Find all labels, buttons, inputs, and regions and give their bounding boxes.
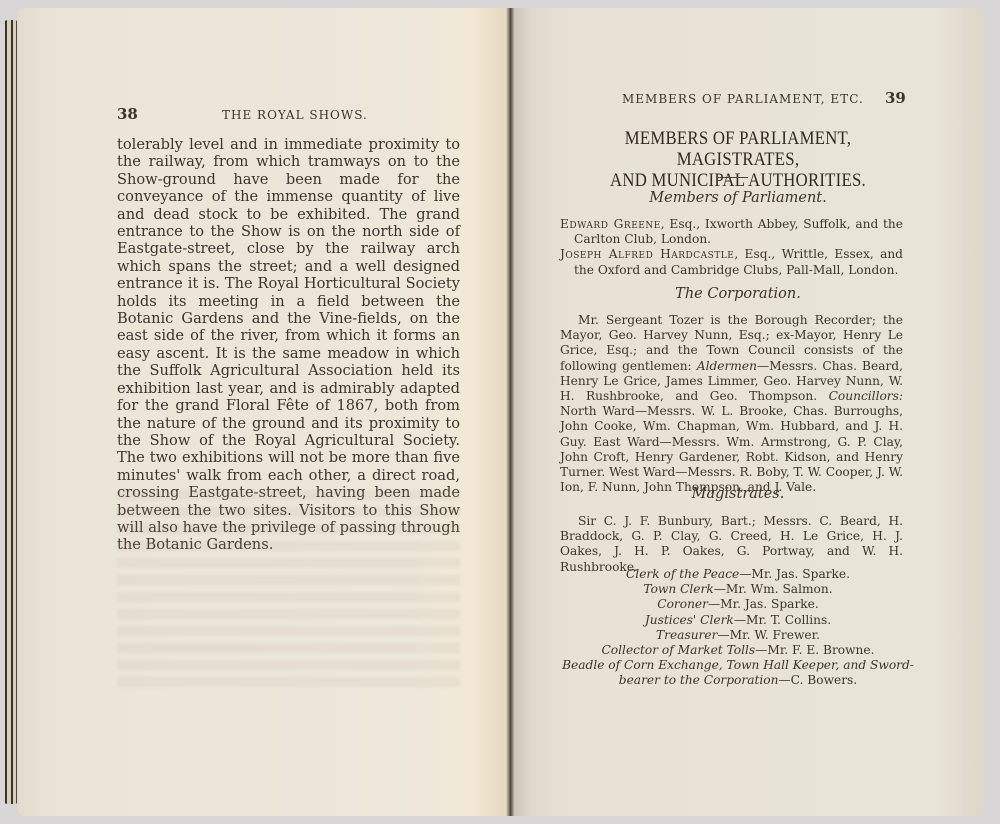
office-line: Treasurer—Mr. W. Frewer. — [548, 628, 928, 643]
show-through-text — [117, 490, 460, 690]
office-line: Coroner—Mr. Jas. Sparke. — [548, 597, 928, 612]
book-spread: 38 THE ROYAL SHOWS. tolerably level and … — [0, 0, 1000, 824]
left-running-head: THE ROYAL SHOWS. — [222, 108, 368, 122]
member-entry: Edward Greene, Esq., Ixworth Abbey, Suff… — [560, 217, 903, 247]
office-line: bearer to the Corporation—C. Bowers. — [548, 673, 928, 688]
left-page-number: 38 — [117, 105, 138, 123]
corporation-text: Mr. Sergeant Tozer is the Borough Record… — [560, 313, 903, 495]
title-line-1: MEMBERS OF PARLIAMENT, MAGISTRATES, — [571, 128, 905, 170]
magistrates-text: Sir C. J. F. Bunbury, Bart.; Messrs. C. … — [560, 514, 903, 575]
section-heading-magistrates: Magistrates. — [548, 486, 928, 502]
chapter-title: MEMBERS OF PARLIAMENT, MAGISTRATES, AND … — [571, 128, 905, 191]
title-line-2: AND MUNICIPAL AUTHORITIES. — [571, 170, 905, 191]
title-rule — [718, 177, 748, 178]
office-line: Town Clerk—Mr. Wm. Salmon. — [548, 582, 928, 597]
members-list: Edward Greene, Esq., Ixworth Abbey, Suff… — [560, 217, 903, 278]
office-line: Beadle of Corn Exchange, Town Hall Keepe… — [548, 658, 928, 673]
office-line: Clerk of the Peace—Mr. Jas. Sparke. — [548, 567, 928, 582]
section-heading-corporation: The Corporation. — [548, 286, 928, 302]
office-line: Collector of Market Tolls—Mr. F. E. Brow… — [548, 643, 928, 658]
officers-list: Clerk of the Peace—Mr. Jas. Sparke. Town… — [548, 567, 928, 689]
section-heading-members: Members of Parliament. — [548, 190, 928, 206]
right-page-number: 39 — [885, 89, 906, 107]
office-line: Justices' Clerk—Mr. T. Collins. — [548, 613, 928, 628]
page-edges — [2, 20, 20, 804]
right-running-head: MEMBERS OF PARLIAMENT, ETC. — [622, 92, 864, 106]
book-gutter — [506, 8, 514, 816]
member-entry: Joseph Alfred Hardcastle, Esq., Writtle,… — [560, 247, 903, 277]
